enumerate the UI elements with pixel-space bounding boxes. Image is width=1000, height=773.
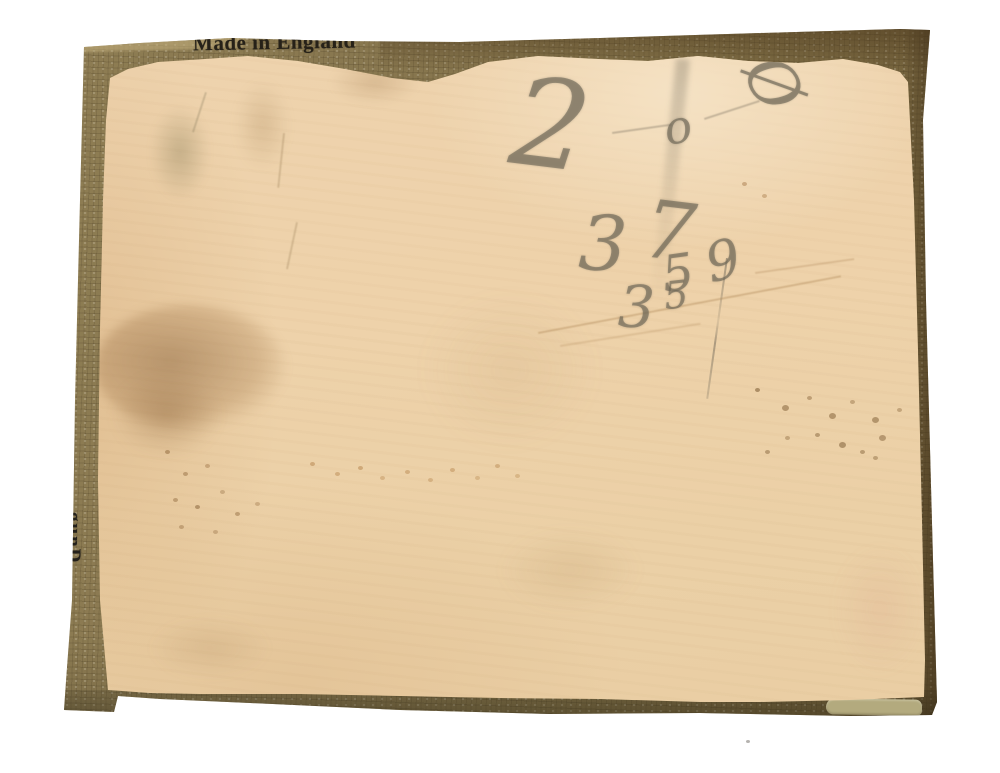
stain-bottom-center <box>500 530 640 610</box>
speck-cluster-center <box>310 462 315 466</box>
pencil-mark-loop: o <box>660 102 695 152</box>
dust-speck <box>746 740 750 743</box>
speck-pair-upper-right <box>742 182 747 186</box>
pencil-mark-2: 2 <box>505 60 597 191</box>
stain-left-lower <box>112 372 222 457</box>
stain-top-left-smudge <box>150 105 210 200</box>
pencil-mark-3: 3 <box>577 205 629 283</box>
speck-cluster-right <box>755 388 760 392</box>
pencil-mark-3: 3 <box>617 277 656 336</box>
side-stamp-print: gunD <box>62 512 84 564</box>
tape-patch <box>826 698 922 715</box>
pencil-mark-9: 9 <box>700 231 746 292</box>
stain-bottom-right-pink <box>835 545 925 675</box>
photo-frame-back: Made in England gunD 2 o Ø 3 7 5 9 3 <box>0 0 1000 773</box>
pencil-mark-5: 5 <box>662 275 690 315</box>
stain-center-faint <box>420 290 600 450</box>
backing-paper: 2 o Ø 3 7 5 9 3 5 <box>0 0 1000 773</box>
scratch-line <box>286 222 298 269</box>
scratch-line <box>755 258 854 273</box>
made-in-england-print: Made in England <box>193 29 356 57</box>
stain-bottom-left <box>150 618 270 678</box>
speck-cluster-left <box>165 450 170 454</box>
